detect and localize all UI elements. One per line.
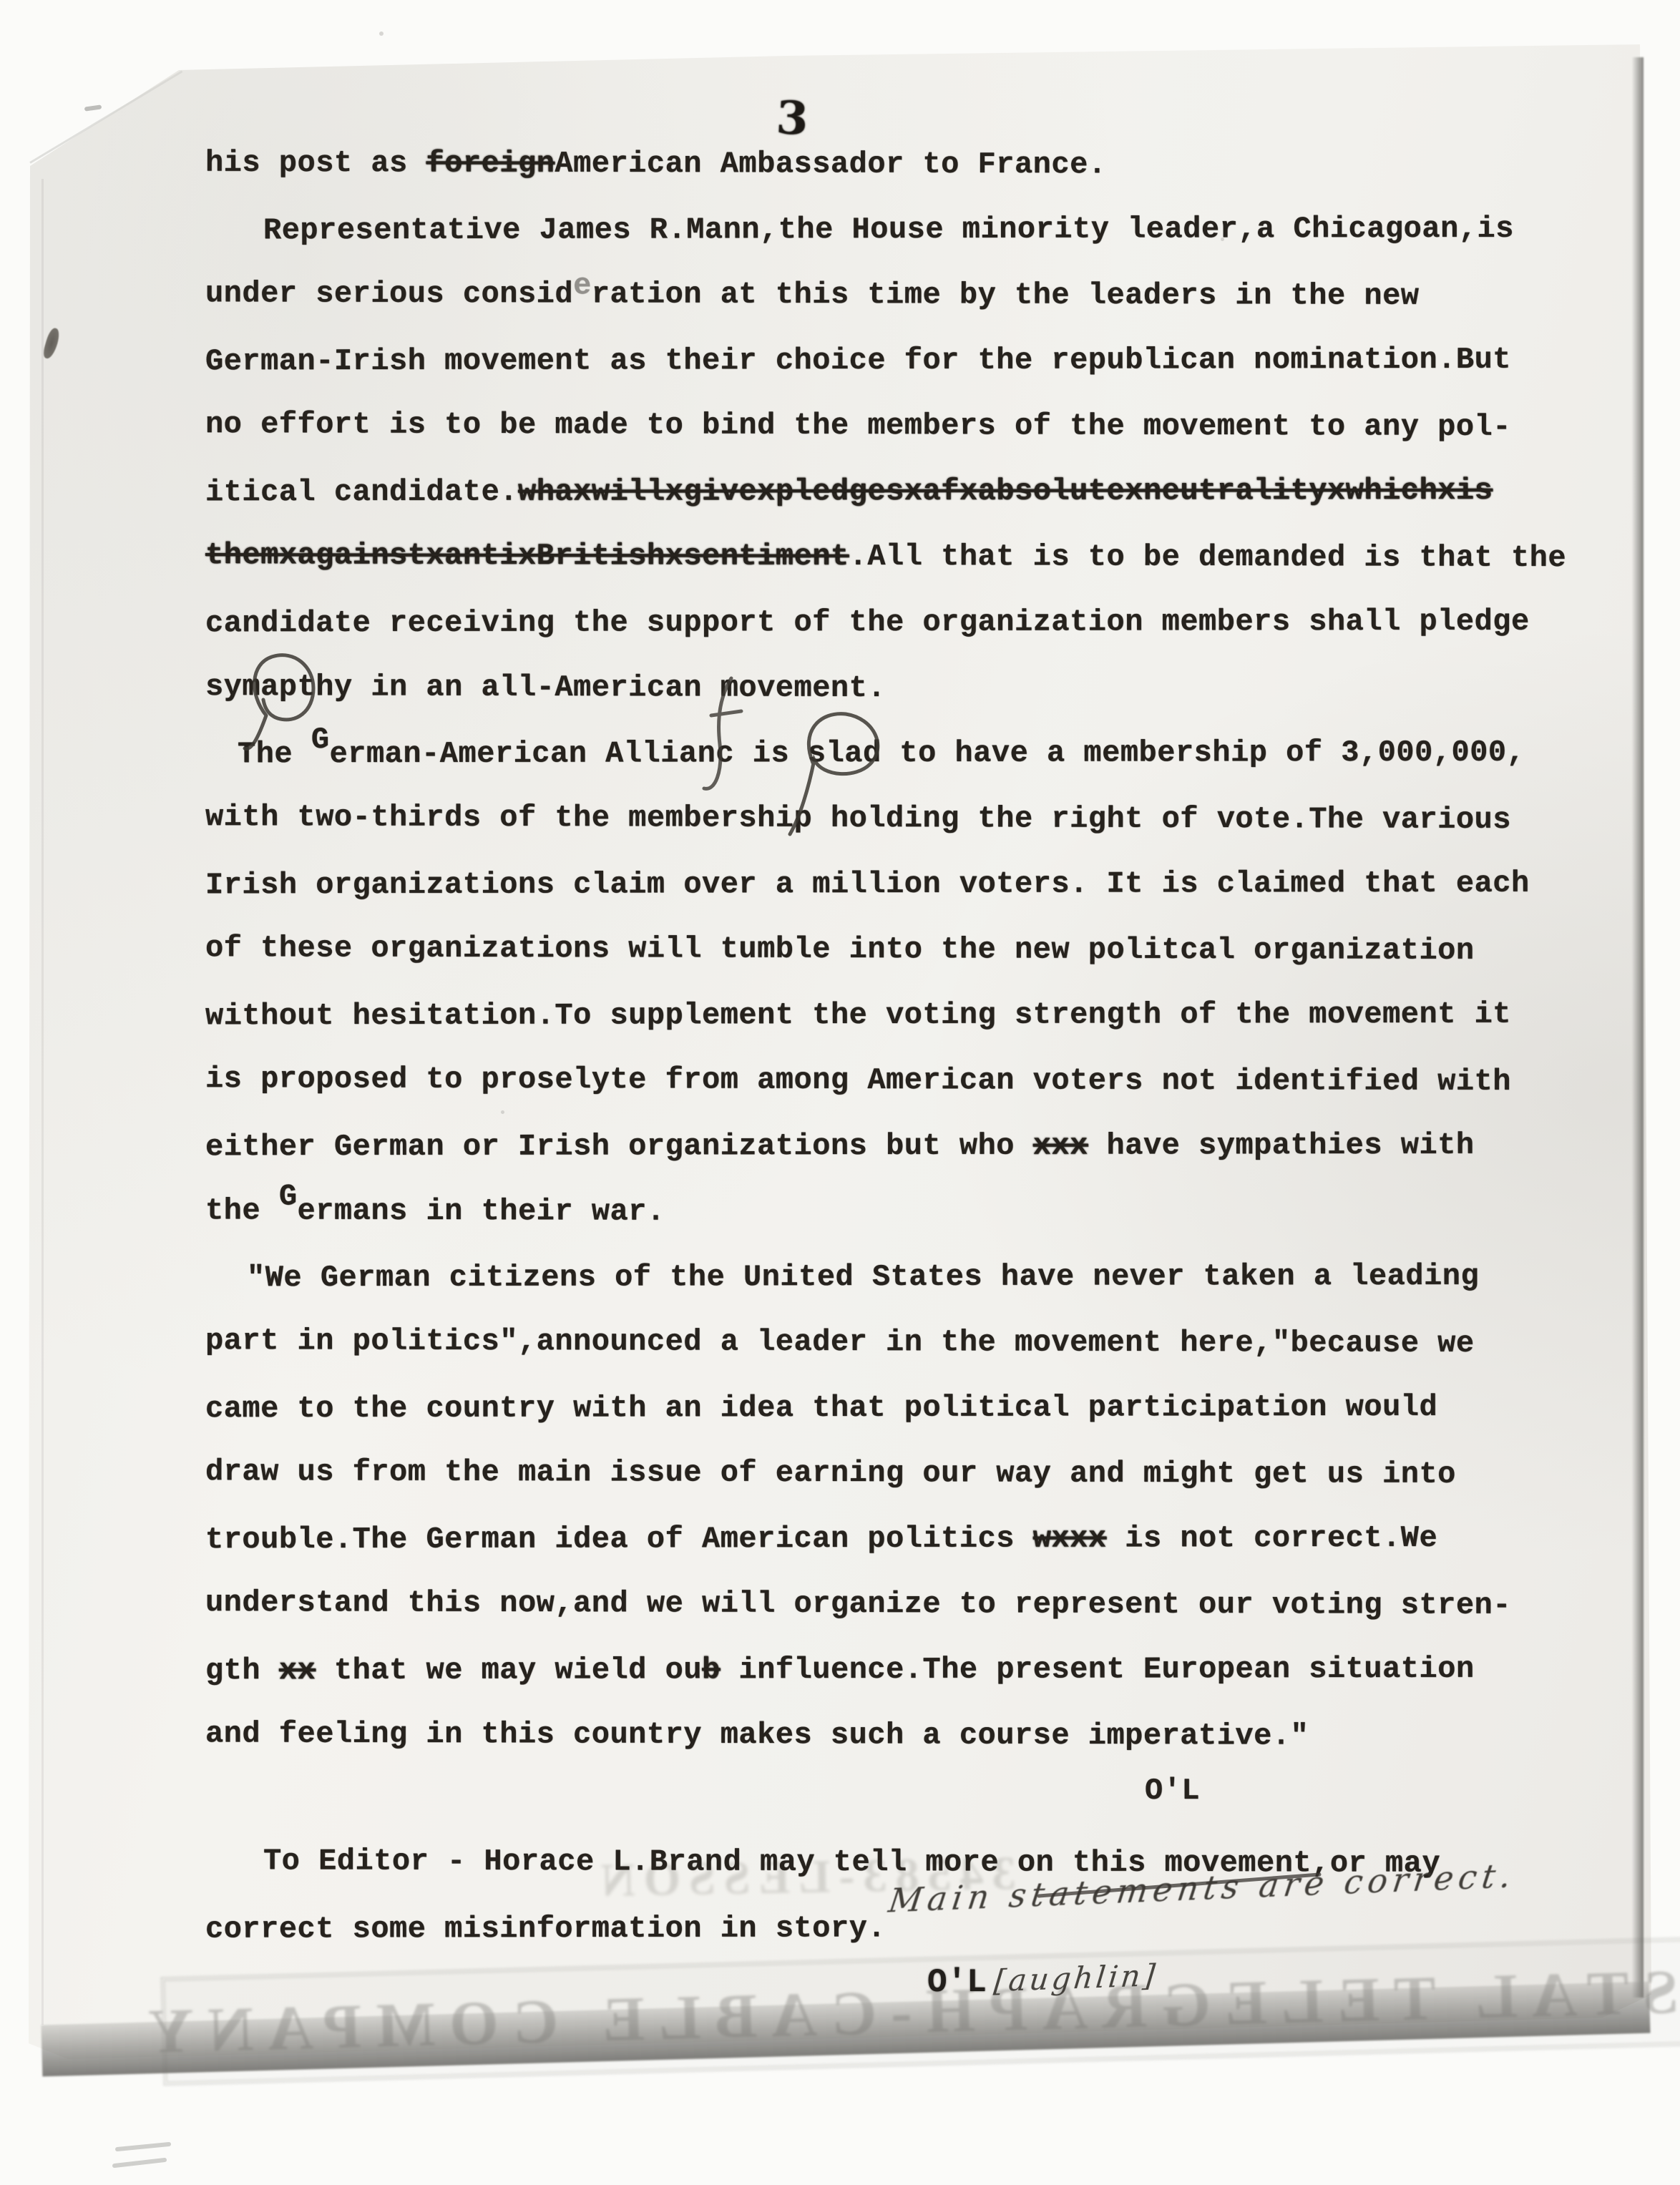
text-segment: foreign (426, 146, 555, 180)
text-segment: themxagainstxantixBritishxsentiment (205, 538, 849, 574)
text-segment: that we may wield ou (316, 1653, 702, 1688)
text-segment: Irish organizations claim over a million… (205, 866, 1530, 903)
text-segment: whaxwillxgivexpledgesxafxabsolutexneutra… (518, 474, 1493, 509)
typed-line: German-Irish movement as their choice fo… (205, 341, 1511, 381)
typed-line: understand this now,and we will organize… (205, 1584, 1511, 1624)
typed-line: itical candidate.whaxwillxgivexpledgesxa… (205, 472, 1493, 512)
text-segment: O'L (1145, 1774, 1200, 1808)
signature-initials: O'L (927, 1964, 987, 2001)
page-right-edge-shadow (1632, 57, 1644, 1998)
text-segment: xx (279, 1653, 316, 1688)
text-segment: of these organizations will tumble into … (205, 931, 1475, 968)
text-segment: wxxx (1033, 1521, 1107, 1555)
text-segment: ermans in their war. (297, 1194, 665, 1229)
scanned-document-page: 34583-LESSON POSTAL TELEGRAPH-CABLE COMP… (0, 0, 1680, 2185)
text-segment: Representative James R.Mann,the House mi… (263, 212, 1514, 248)
text-segment: draw us from the main issue of earning o… (205, 1455, 1456, 1492)
typed-text-layer: his post as foreignAmerican Ambassador t… (0, 0, 1680, 2185)
text-segment: and feeling in this country makes such a… (205, 1716, 1309, 1753)
text-segment: gth (205, 1653, 279, 1688)
text-segment: is proposed to proselyte from among Amer… (205, 1062, 1511, 1099)
text-segment: under serious consid (205, 276, 573, 311)
text-segment: came to the country with an idea that po… (205, 1390, 1437, 1426)
typed-line: of these organizations will tumble into … (205, 929, 1475, 969)
typed-line: "We German citizens of the United States… (247, 1258, 1479, 1296)
text-segment: the (205, 1193, 279, 1228)
typed-line: part in politics",announced a leader in … (205, 1322, 1475, 1362)
typed-line: candidate receiving the support of the o… (205, 603, 1530, 642)
text-segment: German-Irish movement as their choice fo… (205, 343, 1511, 379)
text-segment: American Ambassador to France. (555, 147, 1106, 182)
text-segment: with two-thirds of the membership holdin… (205, 800, 1511, 837)
text-segment: no effort is to be made to bind the memb… (205, 407, 1511, 444)
typed-line: the Germans in their war. (205, 1192, 665, 1230)
typed-line: trouble.The German idea of American poli… (205, 1520, 1437, 1558)
text-segment: understand this now,and we will organize… (205, 1585, 1511, 1623)
text-segment: itical candidate. (205, 475, 518, 510)
text-segment: ration at this time by the leaders in th… (592, 277, 1420, 313)
text-segment: without hesitation.To supplement the vot… (205, 997, 1511, 1034)
text-segment: "We German citizens of the United States… (247, 1259, 1479, 1295)
typed-line: draw us from the main issue of earning o… (205, 1453, 1456, 1493)
text-segment: either German or Irish organizations but… (205, 1129, 1033, 1165)
typed-line: Representative James R.Mann,the House mi… (263, 210, 1514, 249)
text-segment: correct some misinformation in story. (205, 1911, 886, 1946)
text-segment: his post as (205, 146, 426, 181)
typed-line: came to the country with an idea that po… (205, 1389, 1437, 1427)
text-segment: The (238, 737, 311, 771)
text-segment: symapthy in an all-American movement. (205, 670, 886, 705)
text-segment: G (279, 1178, 298, 1216)
text-segment: influence.The present European situation (721, 1652, 1475, 1687)
text-segment: candidate receiving the support of the o… (205, 605, 1530, 641)
typed-line: and feeling in this country makes such a… (205, 1715, 1309, 1754)
text-segment: .All that is to be demanded is that the (849, 539, 1567, 575)
typed-line: no effort is to be made to bind the memb… (205, 406, 1511, 446)
text-segment: b (702, 1653, 721, 1687)
typed-line: Irish organizations claim over a million… (205, 865, 1530, 904)
text-segment: have sympathies with (1088, 1128, 1475, 1163)
text-segment: erman-American Allianc is slad to have a… (330, 735, 1525, 771)
text-segment: e (573, 267, 592, 304)
typed-line: with two-thirds of the membership holdin… (205, 798, 1511, 839)
typed-line: correct some misinformation in story. (205, 1910, 886, 1947)
text-segment: is not correct.We (1106, 1521, 1437, 1556)
typed-line: is proposed to proselyte from among Amer… (205, 1060, 1511, 1100)
signature-handwritten-name: [aughlin] (992, 1957, 1160, 1998)
typed-line: themxagainstxantixBritishxsentiment.All … (205, 537, 1566, 577)
typed-line: O'L (1145, 1772, 1200, 1809)
text-segment: xxx (1033, 1129, 1088, 1163)
text-segment: trouble.The German idea of American poli… (205, 1522, 1033, 1558)
typed-line: under serious consideration at this time… (205, 275, 1420, 315)
text-segment: part in politics",announced a leader in … (205, 1324, 1475, 1361)
typed-line: The German-American Allianc is slad to h… (238, 734, 1525, 773)
typed-line: either German or Irish organizations but… (205, 1127, 1475, 1165)
typed-line: gth xx that we may wield oub influence.T… (205, 1651, 1475, 1689)
typed-line: symapthy in an all-American movement. (205, 668, 886, 707)
typed-line: his post as foreignAmerican Ambassador t… (205, 145, 1107, 184)
typed-line: without hesitation.To supplement the vot… (205, 996, 1511, 1035)
text-segment: G (311, 721, 330, 758)
